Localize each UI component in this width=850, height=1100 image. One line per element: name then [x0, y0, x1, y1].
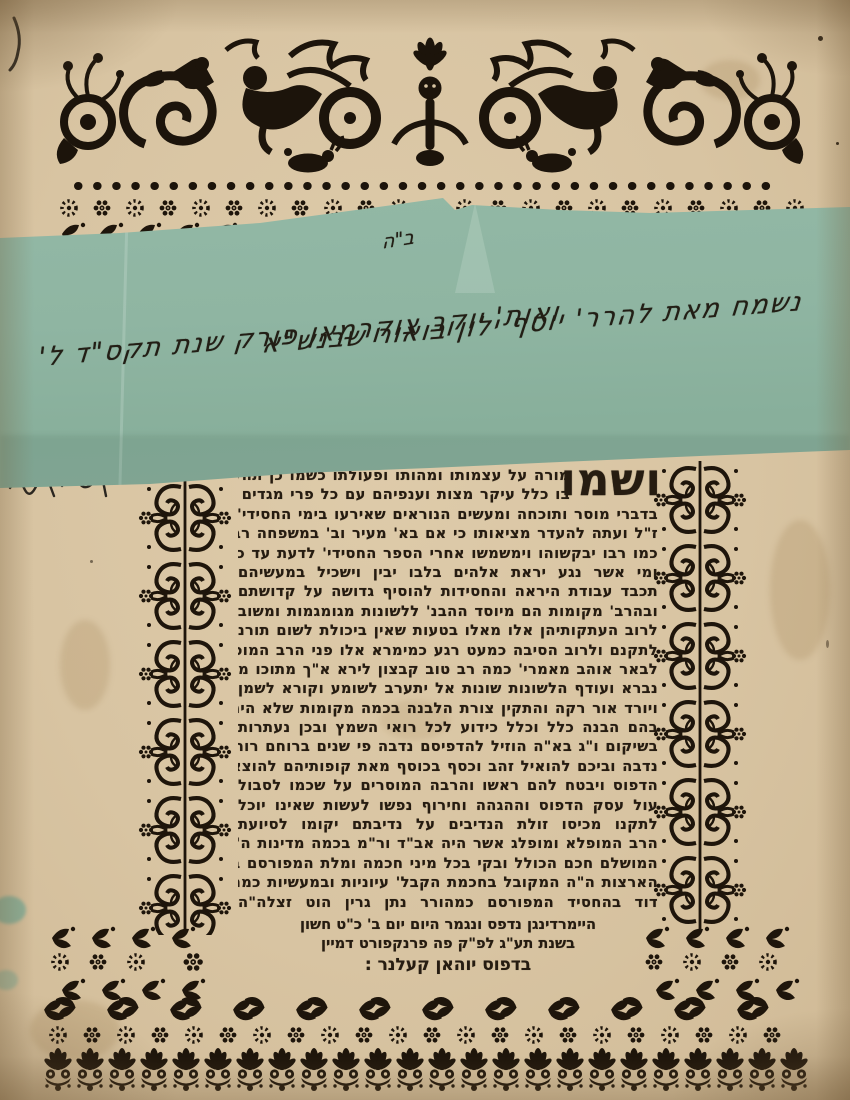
body-line: בשיקום ו"ג בא"ה הוזיל להדפיסם נדבה פי שנ… — [238, 737, 658, 756]
bottom-sprig-band — [42, 995, 810, 1021]
body-line: לתקנם ולרוב הסיבה כמעט רגע כמימרא אלו פנ… — [238, 641, 658, 660]
body-line: הארצות ה"ה המקובל בחכמת הקבל' עיוניות וב… — [238, 873, 658, 892]
main-text-block: ושמו מורה על עצמותו ומהותו ופעולתו כשמו … — [238, 466, 658, 976]
foxing-stain — [60, 620, 110, 710]
imprint-ornaments-right — [636, 926, 814, 1000]
ink-speck — [818, 36, 823, 41]
body-line: תכבד עבודת היראה והחסידות להוסיף גדושה ע… — [238, 582, 658, 601]
body-line: המושלם חכם הכולל ובקי בכל מיני חכמה ומלת… — [238, 854, 658, 873]
body-line: לתקנו מכיסו זולת הנדיבים על נדיבתם יקומו… — [238, 815, 658, 834]
pen-mark-top-left — [4, 14, 30, 74]
ink-speck — [826, 640, 829, 648]
body-line: בהם הבנה כלל וכלל כידוע לכל רואי השמץ וב… — [238, 718, 658, 737]
page-scan: ושמו מורה על עצמותו ומהותו ופעולתו כשמו … — [0, 0, 850, 1100]
body-line: עול עסק הדפוס וההגהה וחירוף נפשו לעשות ש… — [238, 796, 658, 815]
body-line: הרב המופלא ומופלג אשר היה אב"ד ור"מ בכמה… — [238, 834, 658, 853]
body-line: ובהרב' מקומות הם מיוסד ההבנ' ללשונות מגו… — [238, 602, 658, 621]
body-line: הדפוס ויבטח להם ראשו והרבה המוסרים על שכ… — [238, 776, 658, 795]
body-line: נברא ועודף הלשונות שונות אל יתערב לשומע … — [238, 679, 658, 698]
bottom-rosette-band — [42, 1021, 810, 1049]
body-line: ומי אשר נגע יראת אלהים בלבו יבין וישכיל … — [238, 563, 658, 582]
body-line: ז"ל ועתה להעדר מציאותו כי אם בא' מעיר וב… — [238, 524, 658, 543]
pasted-slip: ב"ה נשמח מאת להרר' יוסף ילון בואור שבנש"… — [0, 195, 850, 495]
imprint-line: בדפוס יוהאן קעלנר : — [238, 954, 658, 976]
body-line: לרוב העתקותיהן אלו מאלו בטעות שאין ביכול… — [238, 621, 658, 640]
body-line: כמו רבו יבקשוהו וימשמשו אחרי הספר החסידי… — [238, 544, 658, 563]
imprint-ornaments-left — [46, 926, 216, 1000]
ink-speck — [90, 560, 93, 563]
body-line: נדבה וביכם להואיל זהב וכסף בכוסף מאת קופ… — [238, 757, 658, 776]
bottom-palmette-band — [42, 1047, 810, 1093]
green-stain — [0, 970, 18, 990]
right-floral-border — [652, 461, 748, 935]
slip-crease — [455, 203, 495, 293]
body-line: בדברי מוסר ותוכחה ומעשים הנוראים שאירעו … — [238, 505, 658, 524]
body-line: ויורד אור רקה והתקין צורת הלבנה בכמה מקו… — [238, 699, 658, 718]
headpiece-woodcut — [50, 26, 810, 196]
ink-speck — [836, 142, 839, 145]
left-floral-border — [137, 479, 233, 935]
slip-heading: ב"ה — [382, 226, 414, 253]
body-line: דוד בהחסיד המפורסם כמהורר נתן גרין הוט ז… — [238, 893, 658, 912]
imprint-line: בשנת תע"ג לפ"ק פה פרנקפורט דמיין — [238, 934, 658, 954]
foxing-stain — [770, 520, 830, 660]
imprint-line: היימרדינגן נדפס ונגמר היום יום ב' כ"ט חש… — [238, 915, 658, 935]
body-line: לבאר אוהב מאמרי' כמה רב טוב קבצון לירא א… — [238, 660, 658, 679]
title-word: ושמו — [560, 458, 662, 502]
green-stain — [0, 896, 26, 924]
